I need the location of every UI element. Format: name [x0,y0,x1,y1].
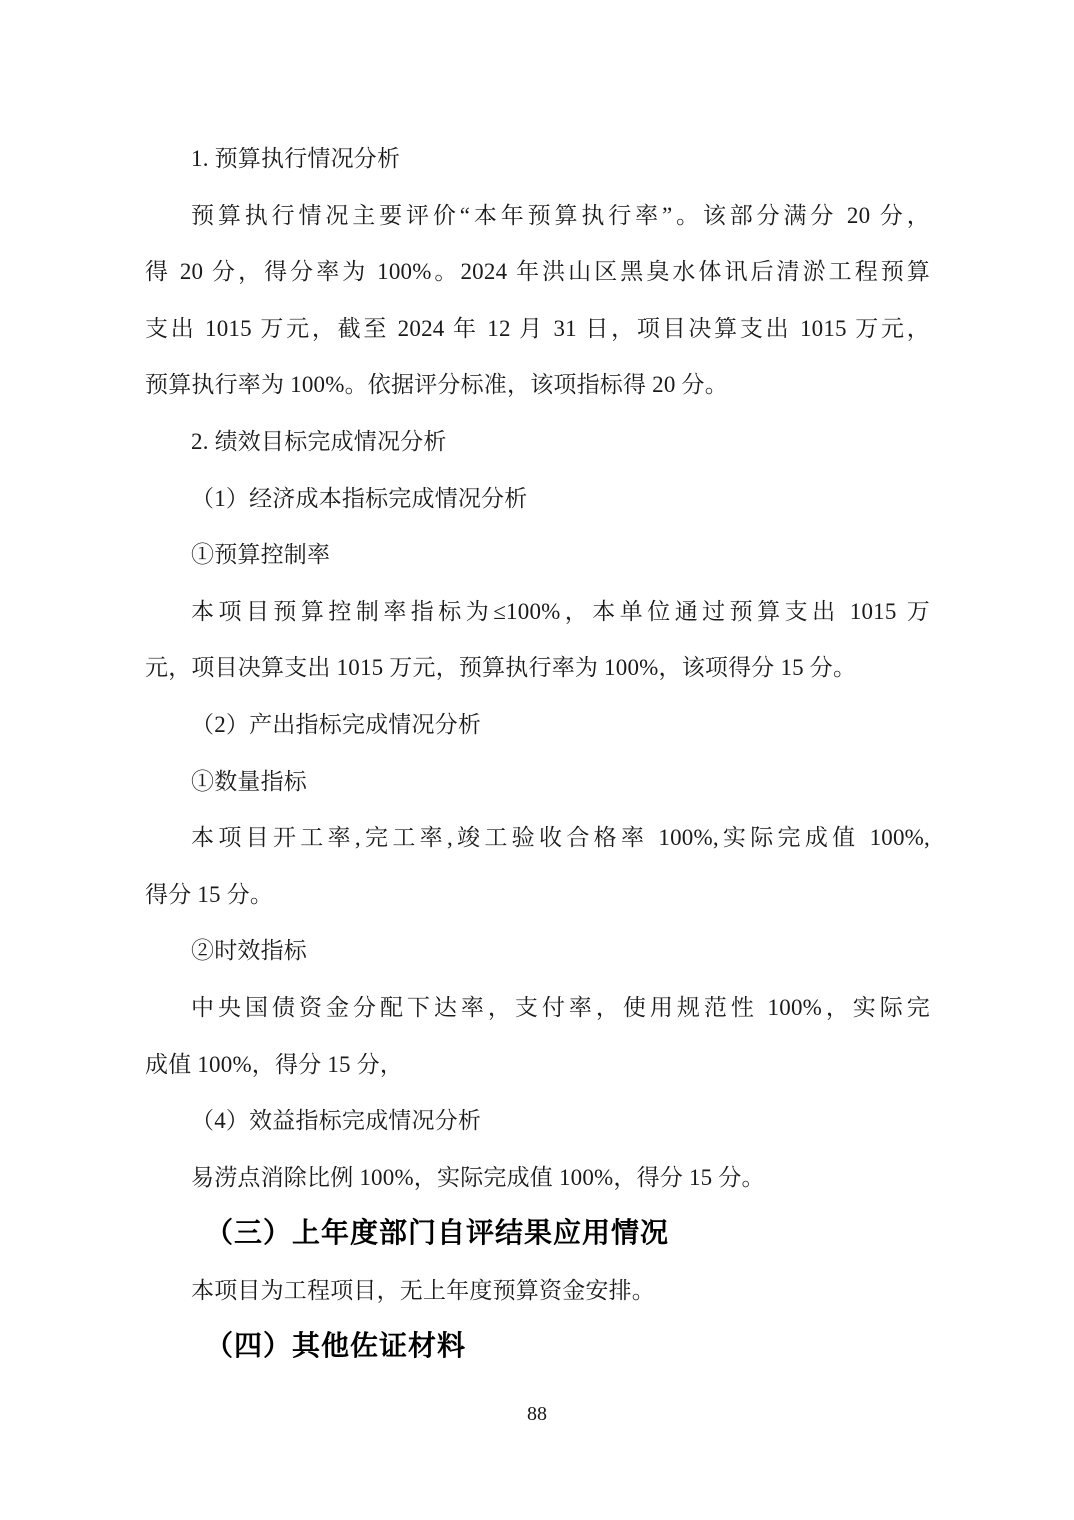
prior-year-paragraph: 本项目为工程项目，无上年度预算资金安排。 [145,1263,930,1320]
text-line: ①数量指标 [145,754,930,811]
text-line: 得 20 分，得分率为 100%。2024 年洪山区黑臭水体讯后清淤工程预算 [145,244,930,301]
benefit-paragraph: 易涝点消除比例 100%，实际完成值 100%，得分 15 分。 [145,1150,930,1207]
circled-2-timeliness: ②时效指标 [145,923,930,980]
sub-item-1-title: （1）经济成本指标完成情况分析 [145,471,930,528]
text-line: （四）其他佐证材料 [145,1319,930,1376]
page-number-footer: 88 [0,1403,1074,1426]
text-line: 本项目预算控制率指标为≤100%，本单位通过预算支出 1015 万 [145,584,930,641]
text-line: ②时效指标 [145,923,930,980]
text-line: ①预算控制率 [145,527,930,584]
text-line: 1. 预算执行情况分析 [145,131,930,188]
sub-item-4-title: （4）效益指标完成情况分析 [145,1093,930,1150]
text-line: 本项目开工率,完工率,竣工验收合格率 100%,实际完成值 100%, [145,810,930,867]
section-heading-4: （四）其他佐证材料 [145,1319,930,1376]
text-line: 得分 15 分。 [145,867,930,924]
text-line: （三）上年度部门自评结果应用情况 [145,1206,930,1263]
budget-control-paragraph: 本项目预算控制率指标为≤100%，本单位通过预算支出 1015 万元，项目决算支… [145,584,930,697]
text-line: 易涝点消除比例 100%，实际完成值 100%，得分 15 分。 [145,1150,930,1207]
document-body: 1. 预算执行情况分析预算执行情况主要评价“本年预算执行率”。该部分满分 20 … [145,131,930,1376]
text-line: 预算执行情况主要评价“本年预算执行率”。该部分满分 20 分， [145,188,930,245]
circled-1-quantity: ①数量指标 [145,754,930,811]
text-line: 成值 100%，得分 15 分， [145,1037,930,1094]
text-line: 预算执行率为 100%。依据评分标准，该项指标得 20 分。 [145,357,930,414]
section-heading-3: （三）上年度部门自评结果应用情况 [145,1206,930,1263]
text-line: 2. 绩效目标完成情况分析 [145,414,930,471]
text-line: （4）效益指标完成情况分析 [145,1093,930,1150]
numbered-item-2: 2. 绩效目标完成情况分析 [145,414,930,471]
text-line: （1）经济成本指标完成情况分析 [145,471,930,528]
text-line: （2）产出指标完成情况分析 [145,697,930,754]
text-line: 中央国债资金分配下达率，支付率，使用规范性 100%，实际完 [145,980,930,1037]
numbered-item-1: 1. 预算执行情况分析 [145,131,930,188]
quantity-paragraph: 本项目开工率,完工率,竣工验收合格率 100%,实际完成值 100%,得分 15… [145,810,930,923]
sub-item-2-title: （2）产出指标完成情况分析 [145,697,930,754]
text-line: 支出 1015 万元，截至 2024 年 12 月 31 日，项目决算支出 10… [145,301,930,358]
budget-execution-paragraph: 预算执行情况主要评价“本年预算执行率”。该部分满分 20 分，得 20 分，得分… [145,188,930,414]
text-line: 元，项目决算支出 1015 万元，预算执行率为 100%，该项得分 15 分。 [145,640,930,697]
document-page: 1. 预算执行情况分析预算执行情况主要评价“本年预算执行率”。该部分满分 20 … [0,0,1074,1520]
circled-1-budget-control: ①预算控制率 [145,527,930,584]
text-line: 本项目为工程项目，无上年度预算资金安排。 [145,1263,930,1320]
timeliness-paragraph: 中央国债资金分配下达率，支付率，使用规范性 100%，实际完成值 100%，得分… [145,980,930,1093]
